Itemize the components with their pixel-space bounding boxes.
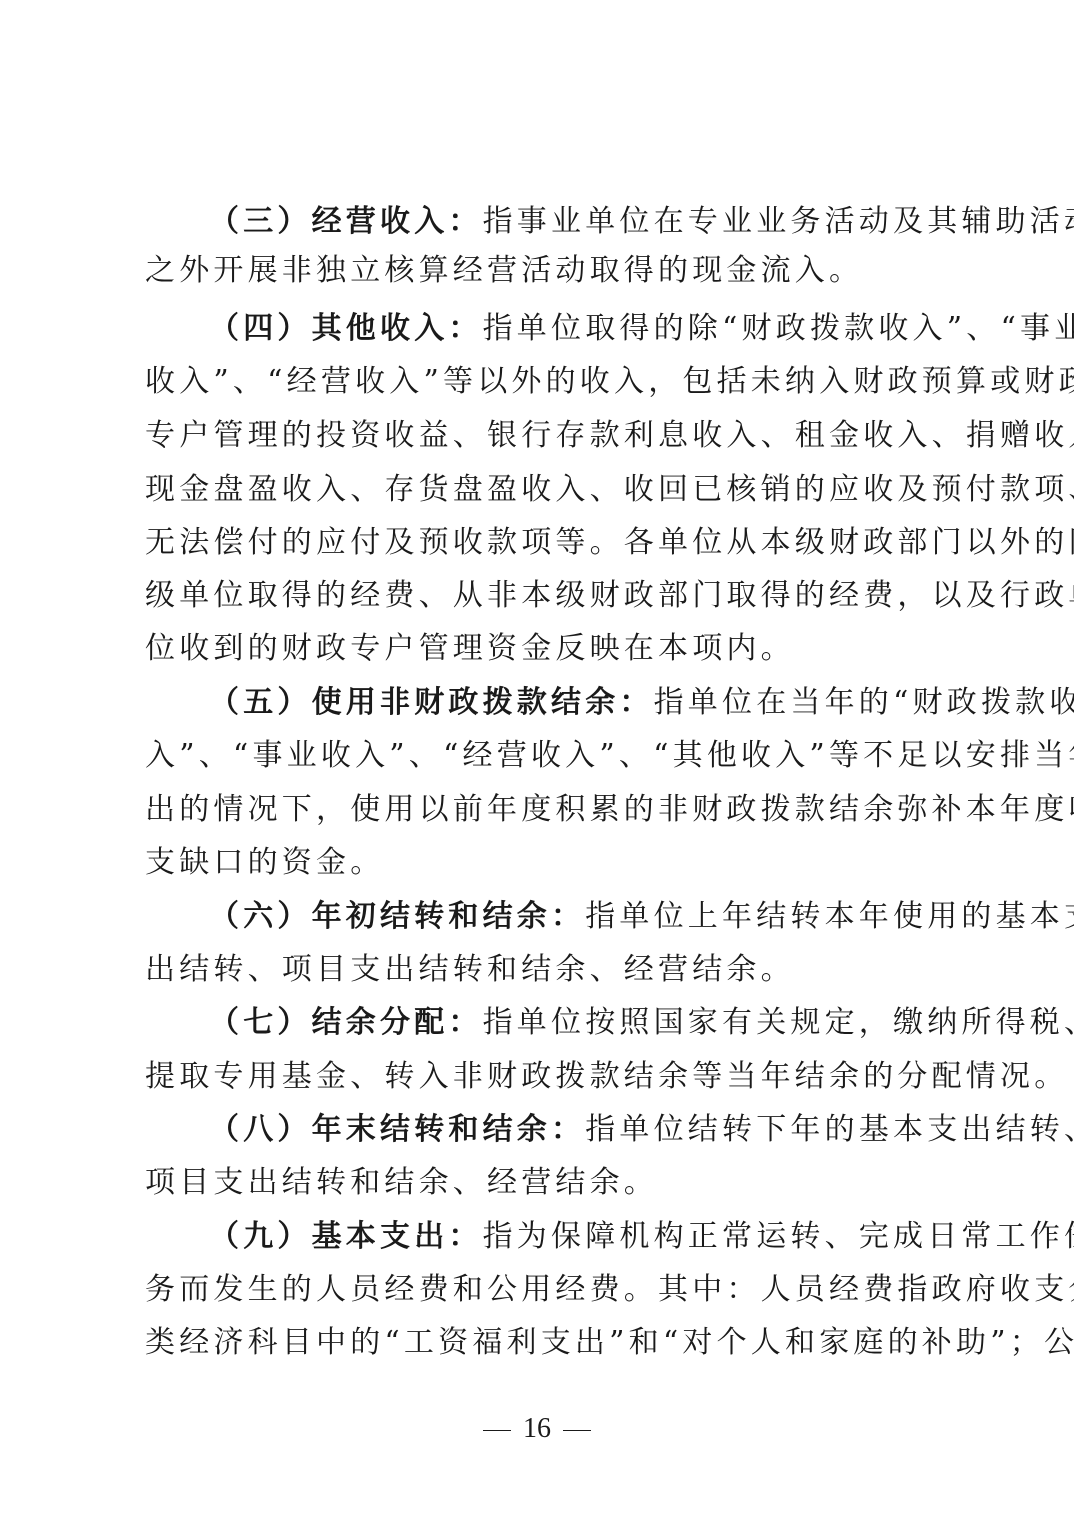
- section-heading: （四）其他收入：: [209, 311, 483, 346]
- paragraph-line: 出的情况下，使用以前年度积累的非财政拨款结余弥补本年度收: [145, 790, 940, 830]
- section-heading: （五）使用非财政拨款结余：: [209, 685, 654, 720]
- paragraph-line: （六）年初结转和结余：指单位上年结转本年使用的基本支: [209, 897, 940, 937]
- section-heading: （九）基本支出：: [209, 1219, 483, 1254]
- paragraph-line: 项目支出结转和结余、经营结余。: [145, 1163, 940, 1203]
- dash-left-icon: [483, 1430, 511, 1431]
- paragraph-line: 位收到的财政专户管理资金反映在本项内。: [145, 629, 940, 669]
- paragraph-line: 支缺口的资金。: [145, 843, 940, 883]
- section-heading: （八）年末结转和结余：: [209, 1112, 585, 1147]
- paragraph-line: 入”、“事业收入”、“经营收入”、“其他收入”等不足以安排当年支: [145, 736, 940, 776]
- paragraph-line: 出结转、项目支出结转和结余、经营结余。: [145, 950, 940, 990]
- paragraph-line: （七）结余分配：指单位按照国家有关规定，缴纳所得税、: [209, 1003, 940, 1043]
- paragraph-line: （三）经营收入：指事业单位在专业业务活动及其辅助活动: [209, 202, 940, 242]
- page-number: 16: [523, 1413, 551, 1444]
- section-heading: （七）结余分配：: [209, 1005, 483, 1040]
- paragraph-line: （八）年末结转和结余：指单位结转下年的基本支出结转、: [209, 1110, 940, 1150]
- paragraph-line: 无法偿付的应付及预收款项等。各单位从本级财政部门以外的同: [145, 523, 940, 563]
- paragraph-line: 收入”、“经营收入”等以外的收入，包括未纳入财政预算或财政: [145, 362, 940, 402]
- section-heading: （三）经营收入：: [209, 204, 483, 239]
- paragraph-line: （四）其他收入：指单位取得的除“财政拨款收入”、“事业: [209, 309, 940, 349]
- paragraph-line: （五）使用非财政拨款结余：指单位在当年的“财政拨款收: [209, 683, 940, 723]
- paragraph-line: 级单位取得的经费、从非本级财政部门取得的经费，以及行政单: [145, 576, 940, 616]
- document-page: （三）经营收入：指事业单位在专业业务活动及其辅助活动 之外开展非独立核算经营活动…: [0, 0, 1074, 1520]
- paragraph-line: 之外开展非独立核算经营活动取得的现金流入。: [145, 251, 940, 291]
- paragraph-line: （九）基本支出：指为保障机构正常运转、完成日常工作任: [209, 1217, 940, 1257]
- paragraph-line: 专户管理的投资收益、银行存款利息收入、租金收入、捐赠收入，: [145, 416, 940, 456]
- page-footer: 16: [0, 1411, 1074, 1447]
- dash-right-icon: [563, 1430, 591, 1431]
- paragraph-line: 类经济科目中的“工资福利支出”和“对个人和家庭的补助”；公用: [145, 1323, 940, 1363]
- section-heading: （六）年初结转和结余：: [209, 899, 585, 934]
- paragraph-line: 现金盘盈收入、存货盘盈收入、收回已核销的应收及预付款项、: [145, 470, 940, 510]
- paragraph-line: 务而发生的人员经费和公用经费。其中：人员经费指政府收支分: [145, 1270, 940, 1310]
- paragraph-line: 提取专用基金、转入非财政拨款结余等当年结余的分配情况。: [145, 1057, 940, 1097]
